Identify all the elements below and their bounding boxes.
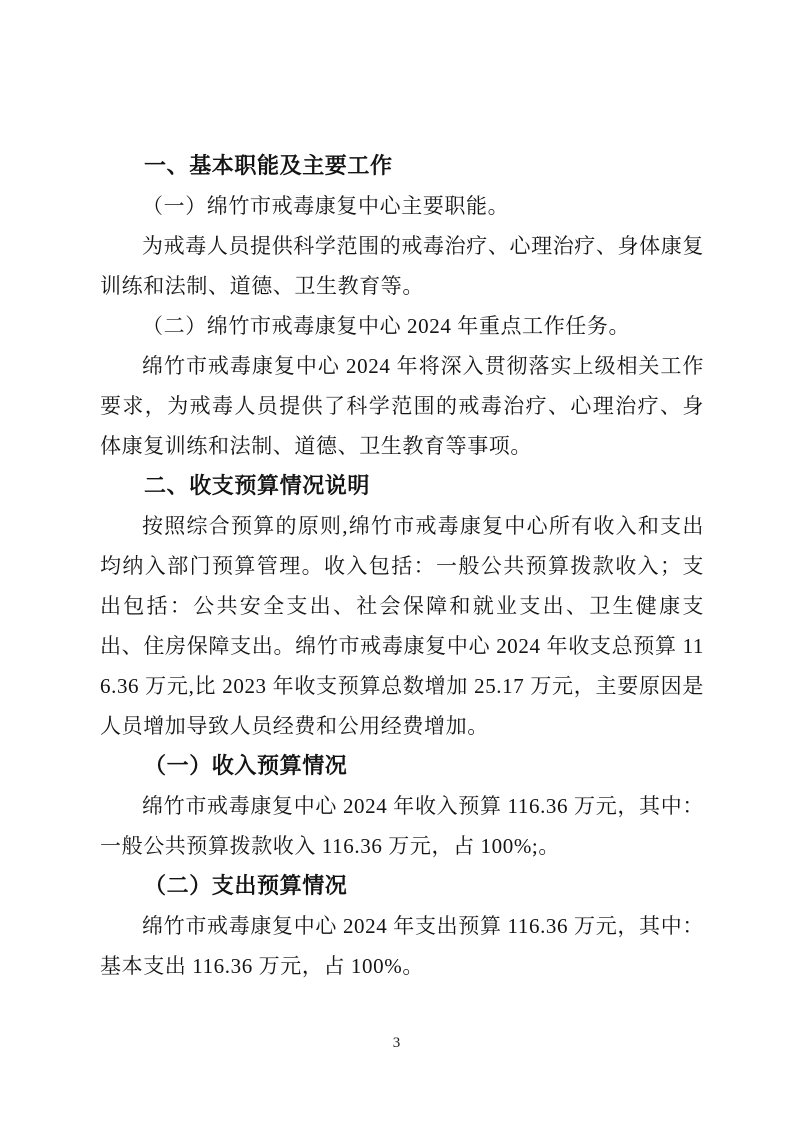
document-page: 一、基本职能及主要工作 （一）绵竹市戒毒康复中心主要职能。 为戒毒人员提供科学范… xyxy=(0,0,793,1122)
paragraph-revenue-budget: 绵竹市戒毒康复中心 2024 年收入预算 116.36 万元，其中：一般公共预算… xyxy=(100,786,704,866)
paragraph-key-tasks-2024: 绵竹市戒毒康复中心 2024 年将深入贯彻落实上级相关工作要求，为戒毒人员提供了… xyxy=(100,346,704,466)
subheading-main-functions: （一）绵竹市戒毒康复中心主要职能。 xyxy=(100,186,704,226)
paragraph-budget-overview: 按照综合预算的原则,绵竹市戒毒康复中心所有收入和支出均纳入部门预算管理。收入包括… xyxy=(100,506,704,746)
page-number: 3 xyxy=(0,1033,793,1053)
subheading-revenue-budget: （一）收入预算情况 xyxy=(100,746,704,786)
section-heading-basic-functions: 一、基本职能及主要工作 xyxy=(100,146,704,186)
paragraph-main-functions: 为戒毒人员提供科学范围的戒毒治疗、心理治疗、身体康复训练和法制、道德、卫生教育等… xyxy=(100,226,704,306)
document-body: 一、基本职能及主要工作 （一）绵竹市戒毒康复中心主要职能。 为戒毒人员提供科学范… xyxy=(100,146,704,986)
section-heading-budget-overview: 二、收支预算情况说明 xyxy=(100,466,704,506)
paragraph-expenditure-budget: 绵竹市戒毒康复中心 2024 年支出预算 116.36 万元，其中：基本支出 1… xyxy=(100,906,704,986)
subheading-key-tasks-2024: （二）绵竹市戒毒康复中心 2024 年重点工作任务。 xyxy=(100,306,704,346)
subheading-expenditure-budget: （二）支出预算情况 xyxy=(100,866,704,906)
